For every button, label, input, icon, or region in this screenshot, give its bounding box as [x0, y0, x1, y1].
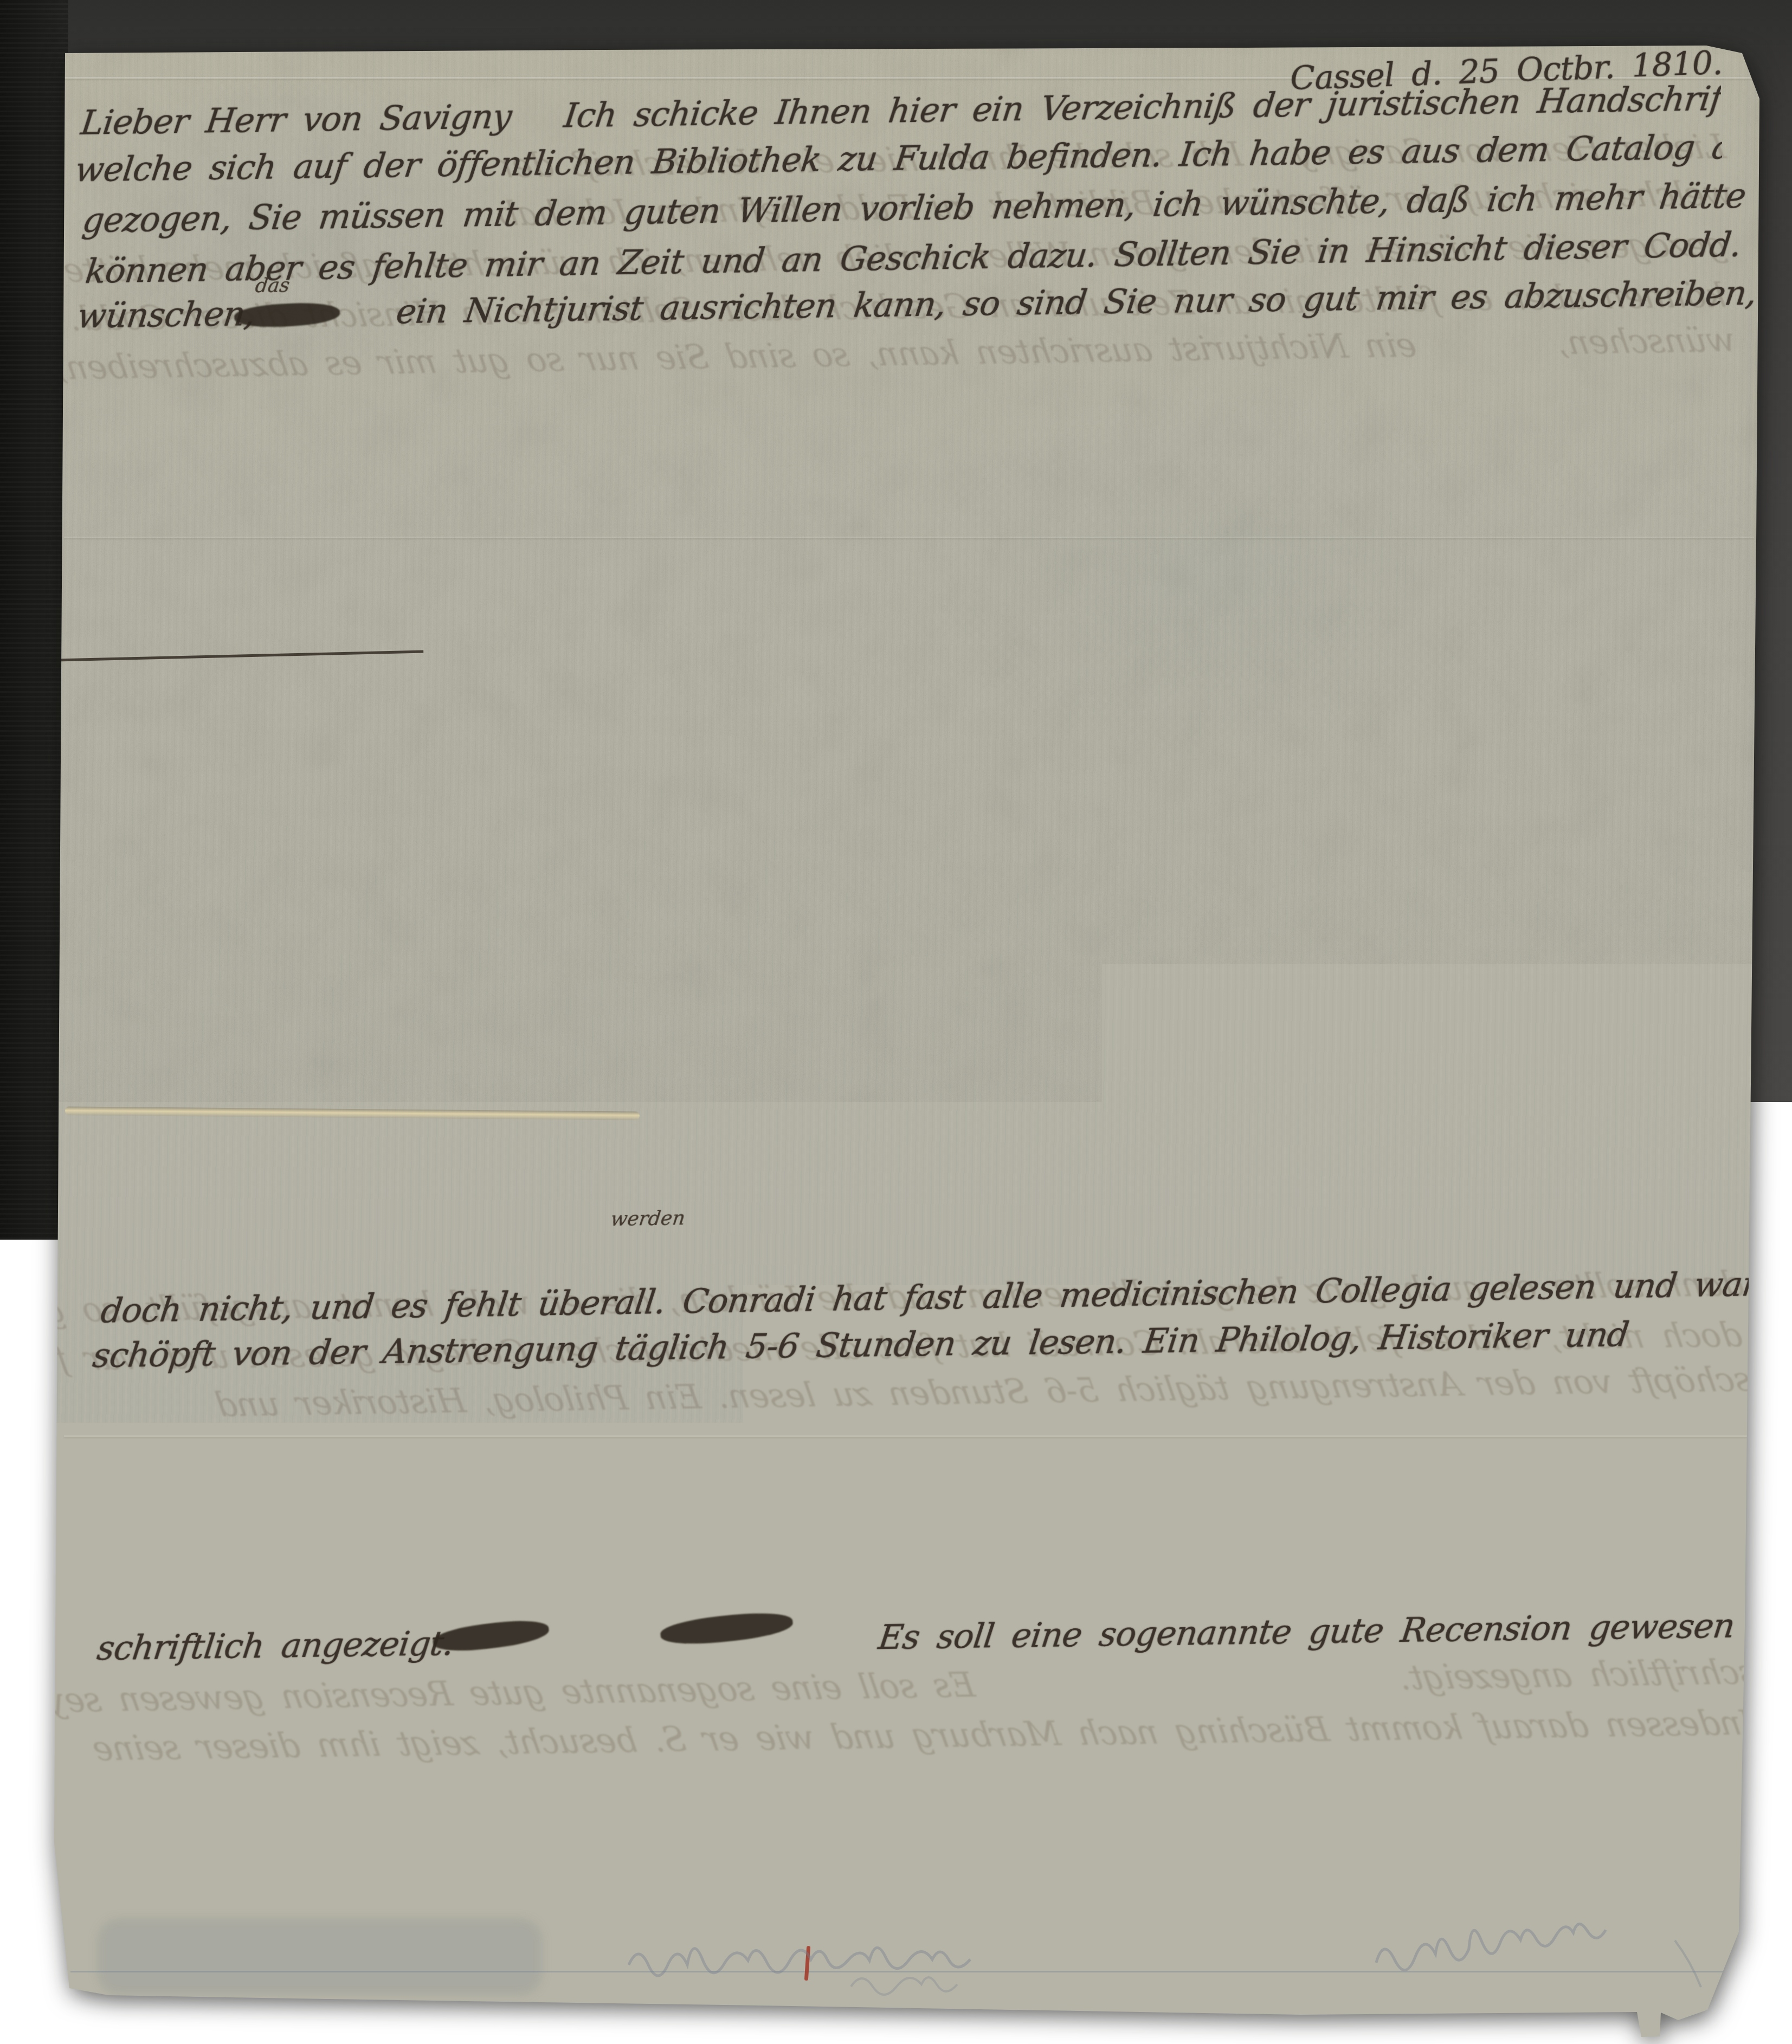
letter-scan-photo: { "document": { "kind": "handschriftlich…: [0, 0, 1792, 2044]
letter-page: Lieber Herr von Savigny Ich schicke Ihne…: [0, 0, 1792, 2044]
paper-wrap: Lieber Herr von Savigny Ich schicke Ihne…: [0, 0, 1792, 2044]
edge-vignette: [0, 0, 1792, 2044]
